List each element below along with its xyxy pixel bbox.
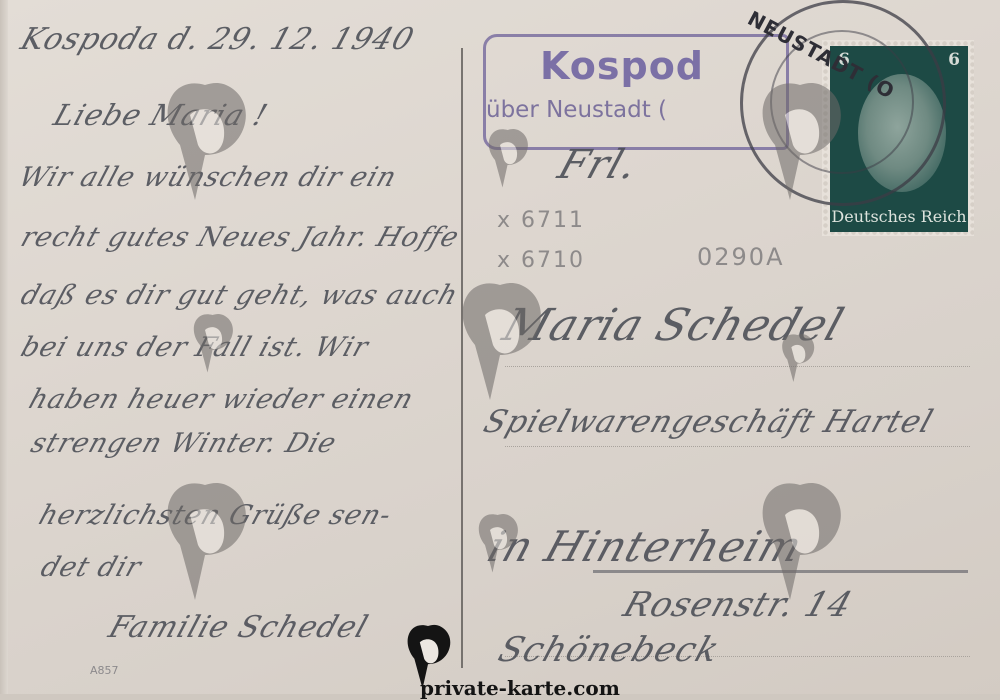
message-line: strengen Winter. Die — [27, 428, 341, 459]
pencil-note: x 6710 — [497, 248, 585, 273]
card-edge — [0, 0, 8, 700]
pencil-note: 0290A — [697, 243, 785, 271]
watermark-logo-icon — [150, 475, 260, 605]
place-stamp-via: über Neustadt ( — [486, 97, 667, 123]
watermark-logo-icon — [445, 275, 555, 405]
print-number: A857 — [90, 664, 119, 677]
pencil-note: x 6711 — [497, 208, 585, 233]
recipient-region: Schönebeck — [494, 630, 725, 670]
watermark-logo-icon — [745, 475, 855, 605]
message-line: det dir — [37, 552, 146, 583]
watermark-logo-icon — [150, 75, 260, 205]
place-stamp-name: Kospod — [540, 44, 704, 88]
message-line: recht gutes Neues Jahr. Hoffe — [17, 222, 463, 253]
recipient-line2: Spielwarengeschäft Hartel — [479, 404, 938, 440]
watermark-logo-icon — [480, 125, 535, 190]
stamp-value: 6 — [948, 50, 960, 70]
watermark-logo-icon — [775, 330, 820, 385]
address-line-rule — [505, 366, 970, 367]
recipient-prefix: Frl. — [553, 142, 644, 188]
watermark-site-text: private-karte.com — [420, 676, 620, 700]
signature: Familie Schedel — [104, 610, 373, 645]
address-line-rule — [505, 446, 970, 447]
message-line: daß es dir gut geht, was auch — [17, 280, 462, 311]
watermark-logo-icon — [745, 75, 855, 205]
message-line: haben heuer wieder einen — [25, 384, 418, 415]
stamp-country: Deutsches Reich — [830, 207, 968, 226]
watermark-logo-icon — [470, 510, 525, 575]
date-line: Kospoda d. 29. 12. 1940 — [16, 22, 418, 57]
postcard-back: Kospoda d. 29. 12. 1940 Liebe Maria ! Wi… — [0, 0, 1000, 700]
watermark-logo-icon — [185, 310, 240, 375]
